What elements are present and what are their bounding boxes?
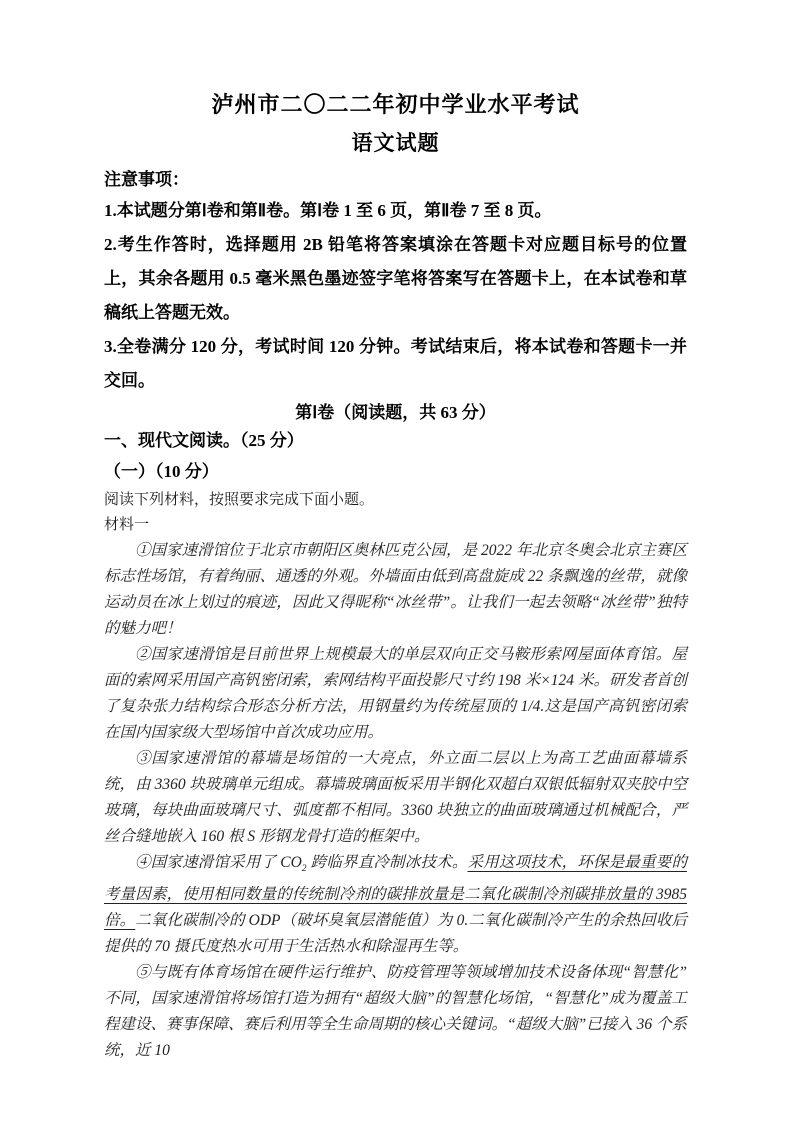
paragraph-4-rest: 二氧化碳制冷的 ODP（破坏臭氧层潜能值）为 0.二氧化碳制冷产生的余热回收后提… — [104, 912, 687, 955]
section-1-heading: 一、现代文阅读。（25 分） — [104, 426, 687, 456]
volume-1-heading: 第Ⅰ卷（阅读题，共 63 分） — [104, 400, 687, 426]
notice-item-3: 3.全卷满分 120 分，考试时间 120 分钟。考试结束后，将本试卷和答题卡一… — [104, 330, 687, 398]
paragraph-4-lead: ④国家速滑馆采用了 CO — [135, 854, 302, 871]
material-paragraph-5: ⑤与既有体育场馆在硬件运行维护、防疫管理等领域增加技术设备体现“智慧化”不同，国… — [104, 960, 687, 1064]
material-1-label: 材料一 — [104, 513, 687, 538]
notice-item-2: 2.考生作答时，选择题用 2B 铅笔将答案填涂在答题卡对应题目标号的位置上，其余… — [104, 228, 687, 330]
material-1-body: ①国家速滑馆位于北京市朝阳区奥林匹克公园，是 2022 年北京冬奥会北京主赛区标… — [104, 538, 687, 1064]
exam-subtitle: 语文试题 — [104, 130, 687, 156]
page-content: 泸州市二〇二二年初中学业水平考试 语文试题 注意事项： 1.本试题分第Ⅰ卷和第Ⅱ… — [104, 92, 687, 1064]
subsection-1-heading: （一）（10 分） — [104, 456, 687, 488]
exam-title: 泸州市二〇二二年初中学业水平考试 — [104, 92, 687, 118]
exam-paper-page: 泸州市二〇二二年初中学业水平考试 语文试题 注意事项： 1.本试题分第Ⅰ卷和第Ⅱ… — [0, 0, 793, 1122]
material-paragraph-3: ③国家速滑馆的幕墙是场馆的一大亮点，外立面二层以上为高工艺曲面幕墙系统，由 33… — [104, 746, 687, 850]
material-paragraph-1: ①国家速滑馆位于北京市朝阳区奥林匹克公园，是 2022 年北京冬奥会北京主赛区标… — [104, 538, 687, 642]
notice-item-1: 1.本试题分第Ⅰ卷和第Ⅱ卷。第Ⅰ卷 1 至 6 页，第Ⅱ卷 7 至 8 页。 — [104, 194, 687, 228]
material-paragraph-2: ②国家速滑馆是目前世界上规模最大的单层双向正交马鞍形索网屋面体育馆。屋面的索网采… — [104, 642, 687, 746]
notice-block: 注意事项： 1.本试题分第Ⅰ卷和第Ⅱ卷。第Ⅰ卷 1 至 6 页，第Ⅱ卷 7 至 … — [104, 166, 687, 398]
notice-heading: 注意事项： — [104, 166, 687, 194]
paragraph-4-mid: 跨临界直冷制冰技术。 — [307, 854, 468, 871]
material-paragraph-4: ④国家速滑馆采用了 CO2 跨临界直冷制冰技术。采用这项技术，环保是最重要的考量… — [104, 850, 687, 960]
reading-instruction: 阅读下列材料，按照要求完成下面小题。 — [104, 488, 687, 513]
